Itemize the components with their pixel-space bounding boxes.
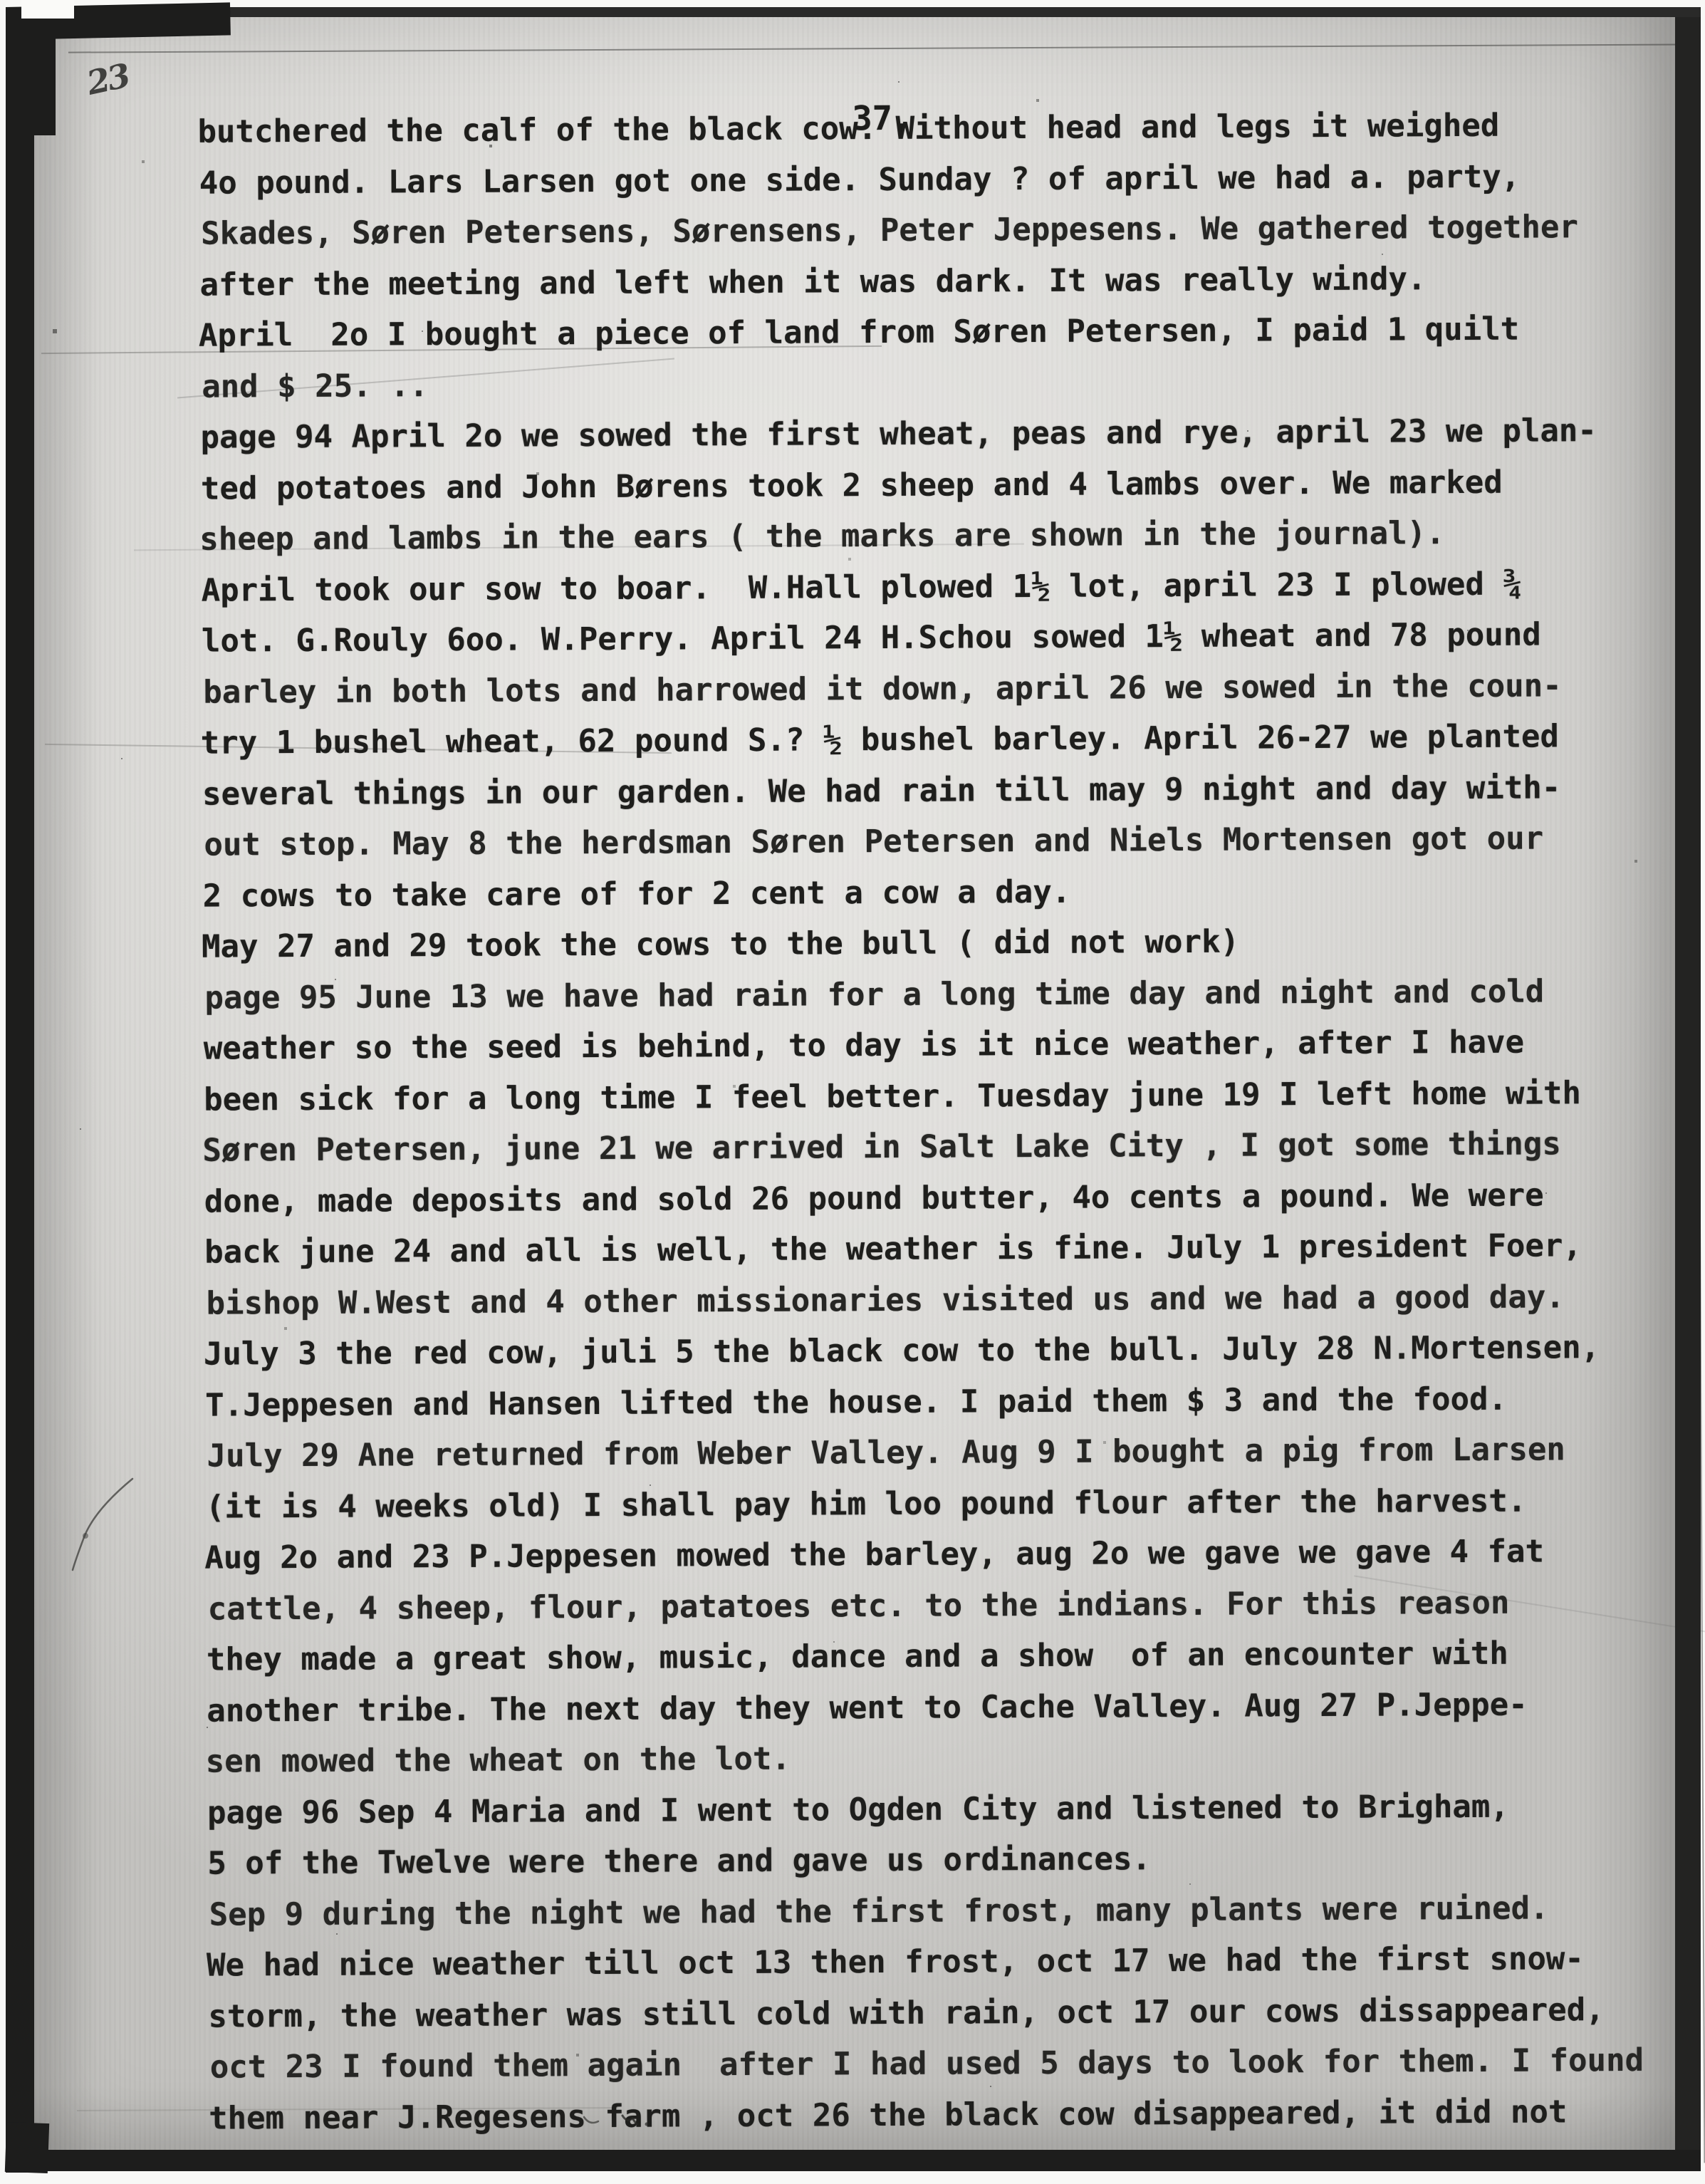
text-line: storm, the weather was still cold with r… xyxy=(208,1984,1696,2042)
text-line: they made a great show, music, dance and… xyxy=(207,1627,1695,1685)
scan-border-bottom-left xyxy=(5,2122,49,2173)
text-line: them near J.Regesens farm , oct 26 the b… xyxy=(209,2086,1697,2144)
scan-border-left xyxy=(6,7,34,2173)
text-line: 4o pound. Lars Larsen got one side. Sund… xyxy=(199,150,1688,209)
text-line: (it is 4 weeks old) I shall pay him loo … xyxy=(206,1475,1694,1533)
scanned-document-page: 23 37, butchered the calf of the black c… xyxy=(0,0,1705,2184)
text-line: barley in both lots and harrowed it down… xyxy=(203,660,1690,718)
text-line: butchered the calf of the black cow. Wit… xyxy=(197,99,1687,157)
text-line: bishop W.West and 4 other missionaries v… xyxy=(206,1271,1693,1329)
pen-squiggle xyxy=(581,2110,674,2131)
scan-border-bottom xyxy=(6,2150,1701,2171)
scan-edge-notch xyxy=(21,0,74,19)
text-line: July 3 the red cow, juli 5 the black cow… xyxy=(204,1321,1694,1380)
text-line: ted potatoes and John Børens took 2 shee… xyxy=(201,456,1689,514)
text-line: page 94 April 2o we sowed the first whea… xyxy=(200,405,1689,463)
text-line: page 95 June 13 we have had rain for a l… xyxy=(204,965,1691,1024)
text-line: Skades, Søren Petersens, Sørensens, Pete… xyxy=(201,201,1688,259)
text-line: T.Jeppesen and Hansen lifted the house. … xyxy=(205,1373,1694,1431)
text-line: 5 of the Twelve were there and gave us o… xyxy=(207,1831,1696,1889)
text-line: after the meeting and left when it was d… xyxy=(199,252,1688,311)
scan-border-top xyxy=(6,7,1701,17)
text-line: April 2o I bought a piece of land from S… xyxy=(199,303,1689,361)
text-line: out stop. May 8 the herdsman Søren Peter… xyxy=(204,812,1691,870)
text-line: sheep and lambs in the ears ( the marks … xyxy=(199,506,1689,565)
pen-mark-curve xyxy=(64,1475,142,1574)
text-line: We had nice weather till oct 13 then fro… xyxy=(207,1933,1696,1991)
text-line: Sep 9 during the night we had the first … xyxy=(209,1882,1696,1940)
text-line: May 27 and 29 took the cows to the bull … xyxy=(202,914,1691,972)
text-line: oct 23 I found them again after I had us… xyxy=(210,2034,1697,2093)
text-line: done, made deposits and sold 26 pound bu… xyxy=(204,1169,1693,1227)
text-line: another tribe. The next day they went to… xyxy=(207,1678,1695,1737)
text-line: back june 24 and all is well, the weathe… xyxy=(204,1220,1693,1278)
text-line: sen mowed the wheat on the lot. xyxy=(206,1729,1696,1787)
text-line: Søren Petersen, june 21 we arrived in Sa… xyxy=(202,1118,1692,1176)
text-line: Aug 2o and 23 P.Jeppesen mowed the barle… xyxy=(204,1525,1694,1584)
typed-sheet: 23 37, butchered the calf of the black c… xyxy=(68,43,1705,2170)
text-line: April took our sow to boar. W.Hall plowe… xyxy=(201,558,1689,616)
text-line: and $ 25. .. xyxy=(202,354,1689,412)
text-line: lot. G.Rouly 6oo. W.Perry. April 24 H.Sc… xyxy=(202,608,1690,667)
scan-border-top-left-block xyxy=(6,7,56,135)
text-line: 2 cows to take care of for 2 cent a cow … xyxy=(203,863,1691,922)
text-line: try 1 bushel wheat, 62 pound S.? ½ bushe… xyxy=(201,710,1691,769)
text-line: been sick for a long time I feel better.… xyxy=(204,1067,1692,1125)
text-line: cattle, 4 sheep, flour, patatoes etc. to… xyxy=(207,1576,1694,1635)
text-line: several things in our garden. We had rai… xyxy=(202,761,1691,820)
paper-background: 23 37, butchered the calf of the black c… xyxy=(34,16,1675,2150)
text-line: weather so the seed is behind, to day is… xyxy=(204,1016,1692,1074)
scan-border-right xyxy=(1675,9,1701,2171)
handwritten-page-number: 23 xyxy=(83,56,132,103)
text-line: July 29 Ane returned from Weber Valley. … xyxy=(207,1423,1694,1482)
text-line: page 96 Sep 4 Maria and I went to Ogden … xyxy=(207,1780,1696,1839)
typewritten-text: butchered the calf of the black cow. Wit… xyxy=(199,99,1697,2143)
